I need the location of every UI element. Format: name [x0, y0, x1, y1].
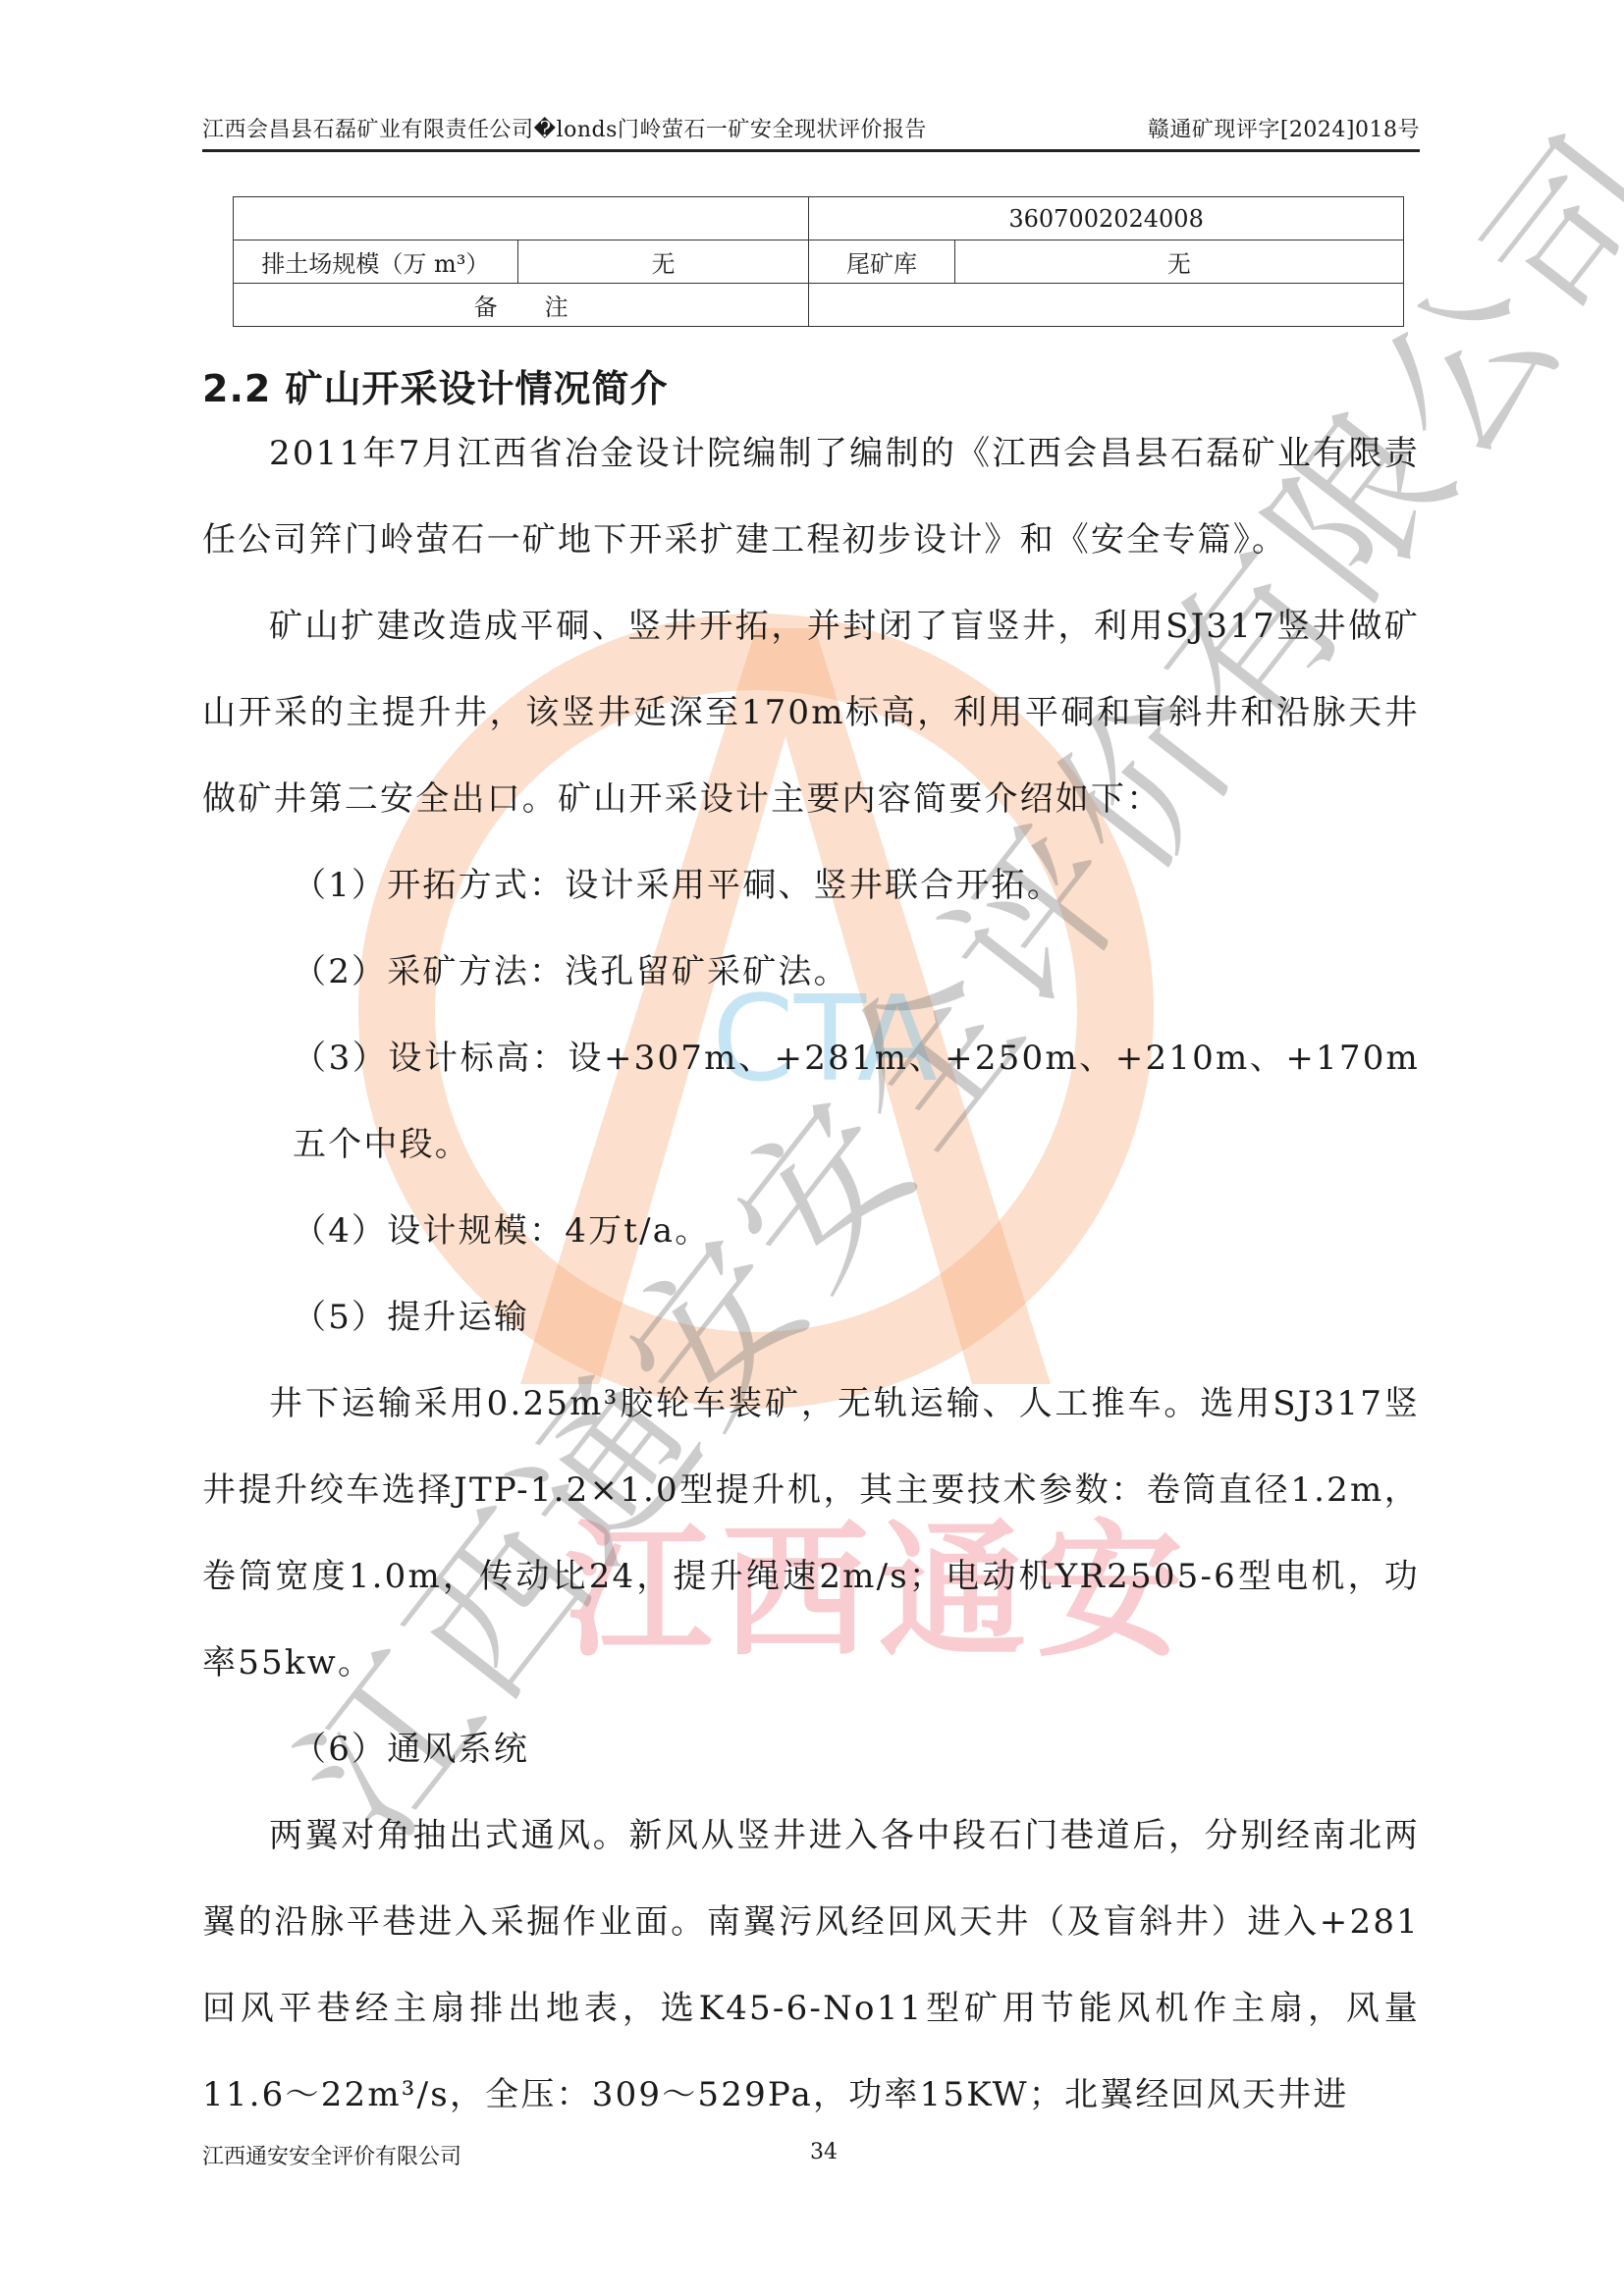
document-page: CTA 江西通安 江西通安安全评价有限公司 江西会昌县石磊矿业有限责任公司�lo…: [0, 0, 1624, 2296]
paragraph-transport: 井下运输采用0.25m³胶轮车装矿，无轨运输、人工推车。选用SJ317竖井提升绞…: [202, 1361, 1420, 1706]
table-cell-label-tailings: 尾矿库: [809, 240, 955, 284]
list-item-development-method: （1）开拓方式：设计采用平硐、竖井联合开拓。: [202, 842, 1420, 929]
table-cell-tailings-value: 无: [954, 240, 1403, 284]
table-cell-label-dump-scale: 排土场规模（万 m³）: [234, 240, 518, 284]
report-title: 江西会昌县石磊矿业有限责任公司�londs门岭萤石一矿安全现状评价报告: [202, 116, 927, 145]
page-header: 江西会昌县石磊矿业有限责任公司�londs门岭萤石一矿安全现状评价报告 赣通矿现…: [202, 116, 1420, 153]
section-heading: 2.2 矿山开采设计情况简介: [202, 358, 669, 412]
list-item-ventilation: （6）通风系统: [202, 1706, 1420, 1792]
table-row: 备 注: [234, 284, 1404, 327]
paragraph-ventilation: 两翼对角抽出式通风。新风从竖井进入各中段石门巷道后，分别经南北两翼的沿脉平巷进入…: [202, 1792, 1420, 2138]
section-body: 2011年7月江西省冶金设计院编制了编制的《江西会昌县石磊矿业有限责任公司筓门岭…: [202, 410, 1420, 2138]
table-row: 3607002024008: [234, 197, 1404, 240]
table-cell-empty: [234, 197, 809, 240]
paragraph-expansion: 矿山扩建改造成平硐、竖井开拓，并封闭了盲竖井，利用SJ317竖井做矿山开采的主提…: [202, 583, 1420, 842]
list-item-design-elevation: （3）设计标高：设+307m、+281m、+250m、+210m、+170m五个…: [202, 1015, 1420, 1188]
header-rule: [202, 149, 1420, 152]
list-item-hoisting-transport: （5）提升运输: [202, 1274, 1420, 1361]
table-cell-dump-scale-value: 无: [517, 240, 809, 284]
mine-info-table: 3607002024008 排土场规模（万 m³） 无 尾矿库 无 备 注: [233, 196, 1404, 327]
list-item-mining-method: （2）采矿方法：浅孔留矿采矿法。: [202, 929, 1420, 1015]
list-item-design-scale: （4）设计规模：4万t/a。: [202, 1188, 1420, 1274]
table-cell-label-remarks: 备 注: [234, 284, 809, 327]
page-number: 34: [810, 2140, 838, 2164]
paragraph-design-intro: 2011年7月江西省冶金设计院编制了编制的《江西会昌县石磊矿业有限责任公司筓门岭…: [202, 410, 1420, 583]
document-number: 赣通矿现评字[2024]018号: [1148, 116, 1420, 145]
table-row: 排土场规模（万 m³） 无 尾矿库 无: [234, 240, 1404, 284]
footer-company: 江西通安安全评价有限公司: [202, 2140, 461, 2170]
table-cell-license-number: 3607002024008: [809, 197, 1404, 240]
table-cell-remarks-value: [809, 284, 1404, 327]
